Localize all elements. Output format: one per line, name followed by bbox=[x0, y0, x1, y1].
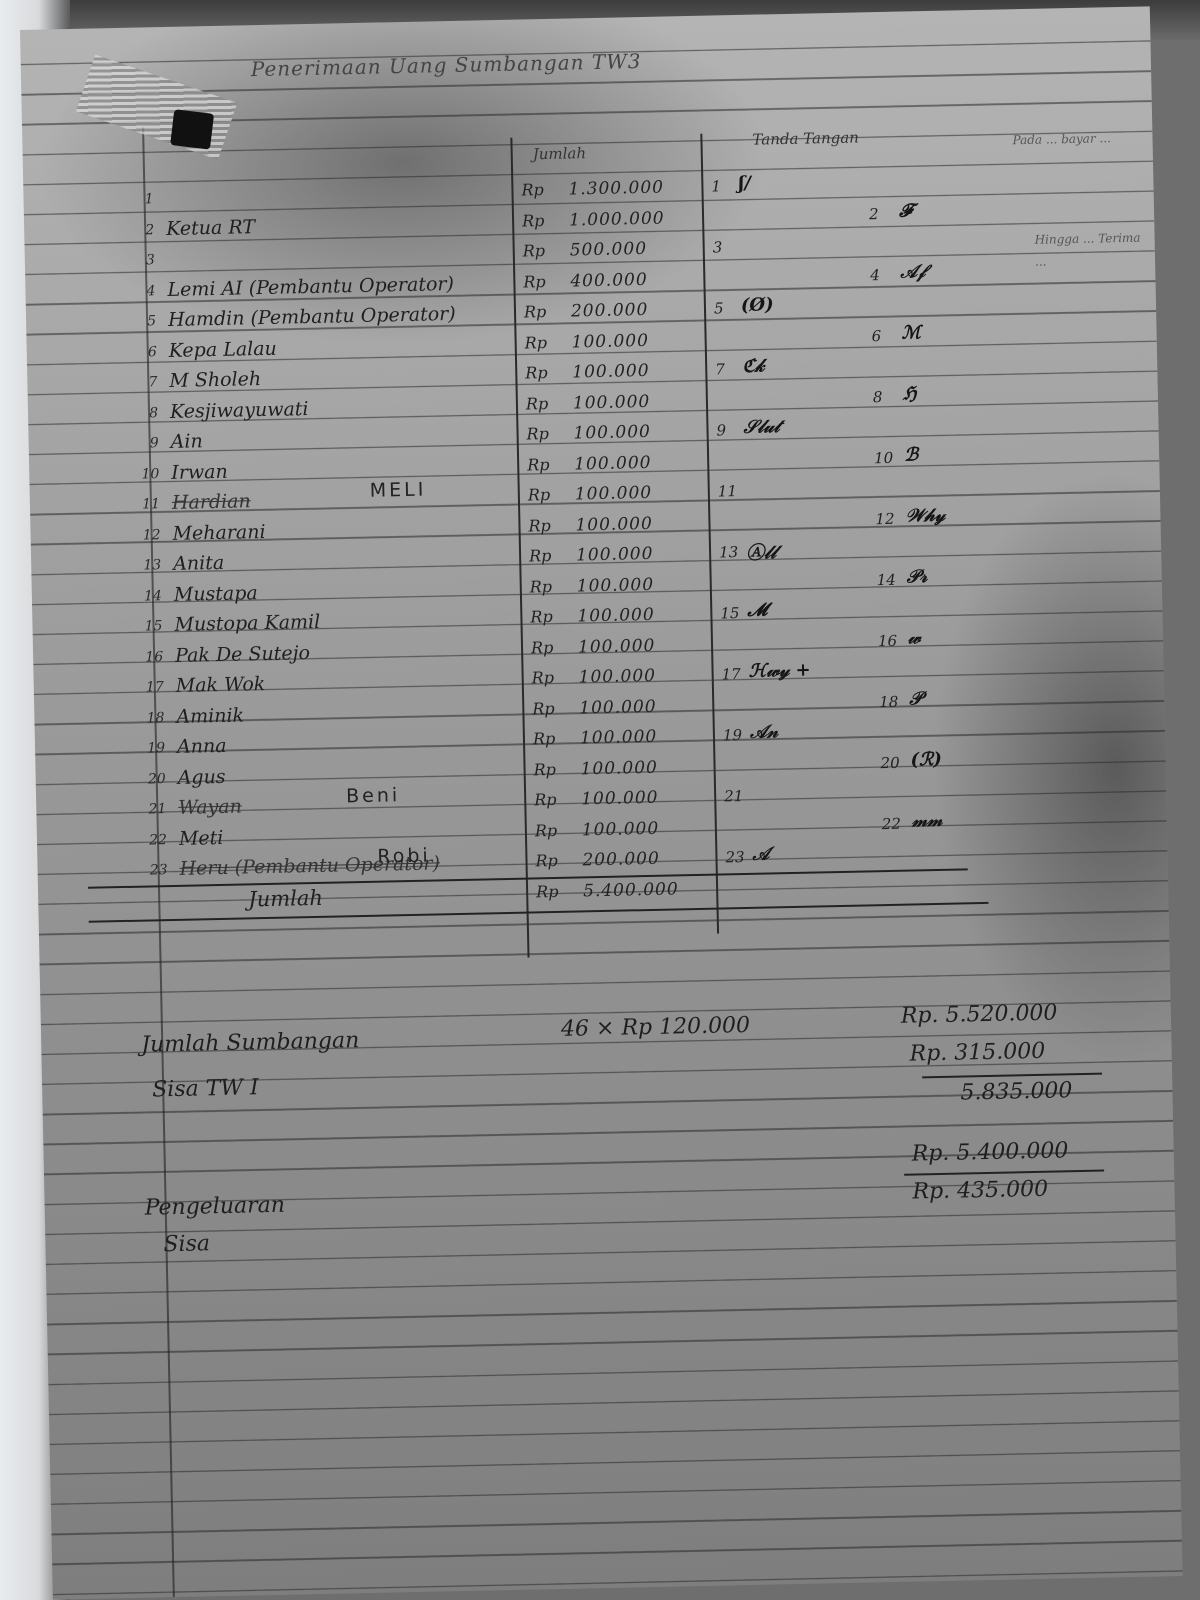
amount: 100.000 bbox=[578, 665, 708, 688]
amount: 1.300.000 bbox=[568, 177, 698, 200]
signature: ℳ bbox=[901, 322, 921, 343]
amount: 100.000 bbox=[576, 543, 706, 566]
contributor-name: Ketua RT bbox=[166, 216, 255, 240]
currency-label: Rp bbox=[524, 302, 547, 321]
total-amount: 5.400.000 bbox=[583, 878, 713, 901]
currency-label: Rp bbox=[536, 881, 559, 900]
column-header-amount: Jumlah bbox=[533, 144, 587, 163]
currency-label: Rp bbox=[533, 759, 556, 778]
signature: ℋ𝓌𝓎 + bbox=[748, 660, 811, 682]
signature-number: 14 bbox=[877, 570, 896, 588]
balance-label: Sisa bbox=[163, 1231, 210, 1257]
currency-label: Rp bbox=[526, 394, 549, 413]
contributor-name: Anna bbox=[177, 735, 227, 758]
row-number: 22 bbox=[127, 832, 167, 849]
amount: 100.000 bbox=[578, 634, 708, 657]
signature-number: 4 bbox=[870, 266, 880, 284]
row-number: 6 bbox=[117, 344, 157, 361]
signature-number: 15 bbox=[720, 604, 739, 622]
amount: 100.000 bbox=[571, 329, 701, 352]
contributor-name: Aminik bbox=[176, 704, 244, 727]
amount: 200.000 bbox=[582, 848, 712, 871]
ledger-page: Penerimaan Uang Sumbangan TW3 Jumlah Tan… bbox=[20, 6, 1183, 1599]
row-number: 14 bbox=[122, 588, 162, 605]
ledger-table: Jumlah Tanda Tangan 1Rp1.300.0001ʃ/ 2Ket… bbox=[112, 128, 952, 146]
currency-label: Rp bbox=[531, 668, 554, 687]
signature: 𝓜 bbox=[747, 599, 768, 620]
currency-label: Rp bbox=[530, 576, 553, 595]
row-number: 5 bbox=[116, 313, 156, 330]
expense-label: Pengeluaran bbox=[144, 1193, 285, 1221]
signature: 𝓕 bbox=[899, 200, 913, 221]
balance-line bbox=[904, 1170, 1104, 1176]
row-number: 16 bbox=[123, 649, 163, 666]
column-header-signature: Tanda Tangan bbox=[752, 128, 859, 148]
name-correction: Beni bbox=[346, 784, 400, 807]
contributor-name: Meharani bbox=[172, 520, 265, 544]
currency-label: Rp bbox=[524, 333, 547, 352]
signature-number: 7 bbox=[715, 360, 725, 378]
amount: 100.000 bbox=[574, 451, 704, 474]
row-number: 10 bbox=[119, 466, 159, 483]
row-number: 1 bbox=[113, 191, 153, 208]
amount: 100.000 bbox=[573, 421, 703, 444]
row-number: 21 bbox=[126, 801, 166, 818]
contributor-name: Kesjiwayuwati bbox=[170, 398, 309, 423]
remaining-value: Rp. 315.000 bbox=[909, 1039, 1045, 1067]
signature-number: 13 bbox=[719, 543, 738, 561]
currency-label: Rp bbox=[525, 363, 548, 382]
row-number: 15 bbox=[122, 618, 162, 635]
amount: 100.000 bbox=[580, 756, 710, 779]
page-title: Penerimaan Uang Sumbangan TW3 bbox=[251, 49, 642, 81]
contributor-name: Anita bbox=[173, 552, 224, 575]
row-number: 19 bbox=[125, 740, 165, 757]
contributor-name: Mustopa Kamil bbox=[174, 611, 320, 636]
amount: 100.000 bbox=[572, 360, 702, 383]
currency-label: Rp bbox=[522, 211, 545, 230]
amount: 100.000 bbox=[582, 817, 712, 840]
row-number: 11 bbox=[120, 496, 160, 513]
row-number: 8 bbox=[118, 405, 158, 422]
row-number: 20 bbox=[126, 771, 166, 788]
signature-number: 8 bbox=[873, 388, 883, 406]
contributor-name: Meti bbox=[179, 826, 224, 849]
currency-label: Rp bbox=[534, 790, 557, 809]
amount: 100.000 bbox=[573, 390, 703, 413]
signature: 𝒫 bbox=[909, 688, 922, 709]
signature: 𝒫𝓇 bbox=[906, 566, 927, 587]
signature: ℌ bbox=[903, 383, 917, 404]
currency-label: Rp bbox=[532, 698, 555, 717]
amount: 1.000.000 bbox=[569, 207, 699, 230]
signature: 𝒜 bbox=[752, 843, 769, 864]
signature-number: 23 bbox=[725, 848, 744, 866]
signature: 𝓌 bbox=[908, 627, 921, 648]
signature-number: 16 bbox=[878, 631, 897, 649]
subtotal-value: 5.835.000 bbox=[960, 1078, 1072, 1105]
contributor-name: Hamdin (Pembantu Operator) bbox=[168, 303, 456, 331]
signature-number: 3 bbox=[713, 238, 723, 256]
currency-label: Rp bbox=[528, 515, 551, 534]
signature: (Ø) bbox=[741, 294, 774, 316]
remaining-label: Sisa TW I bbox=[152, 1075, 259, 1102]
binder-clip bbox=[170, 109, 214, 149]
currency-label: Rp bbox=[523, 241, 546, 260]
contributor-name: Pak De Sutejo bbox=[175, 642, 310, 667]
total-label: Jumlah bbox=[248, 885, 323, 911]
contributor-name: Ain bbox=[170, 430, 203, 453]
row-number: 23 bbox=[127, 862, 167, 879]
amount: 400.000 bbox=[570, 268, 700, 291]
pen-decoration bbox=[76, 55, 237, 160]
currency-label: Rp bbox=[529, 546, 552, 565]
amount: 100.000 bbox=[580, 726, 710, 749]
row-number: 2 bbox=[114, 222, 154, 239]
signature: 𝒮𝓁𝓊𝓉 bbox=[743, 416, 780, 438]
amount: 100.000 bbox=[579, 695, 709, 718]
signature: 𝒜𝒻 bbox=[900, 261, 925, 283]
row-number: 17 bbox=[124, 679, 164, 696]
signature-number: 6 bbox=[871, 327, 881, 345]
contributions-value: Rp. 5.520.000 bbox=[901, 1000, 1058, 1028]
name-correction: Robi bbox=[377, 845, 431, 868]
signature-number: 19 bbox=[723, 726, 742, 744]
side-note-2: Hingga ... Terima ... bbox=[1034, 226, 1155, 273]
name-correction: MELI bbox=[369, 479, 426, 502]
contributor-name: Lemi AI (Pembantu Operator) bbox=[167, 272, 454, 300]
contributor-name: Hardian bbox=[172, 490, 251, 514]
currency-label: Rp bbox=[527, 455, 550, 474]
row-number: 18 bbox=[124, 710, 164, 727]
amount: 100.000 bbox=[575, 512, 705, 535]
signature: 𝒜𝓃 bbox=[750, 721, 779, 743]
contributor-name: Mak Wok bbox=[176, 673, 266, 697]
signature-number: 5 bbox=[714, 299, 724, 317]
currency-label: Rp bbox=[535, 851, 558, 870]
signature: Ⓐ𝓁𝓁 bbox=[746, 538, 776, 565]
signature-number: 11 bbox=[718, 482, 737, 500]
signature: ℬ bbox=[904, 444, 919, 465]
contributor-name: Kepa Lalau bbox=[169, 337, 277, 361]
currency-label: Rp bbox=[531, 637, 554, 656]
signature-number: 18 bbox=[879, 692, 898, 710]
currency-label: Rp bbox=[530, 607, 553, 626]
contributor-name: Mustapa bbox=[174, 582, 258, 606]
currency-label: Rp bbox=[528, 485, 551, 504]
amount: 200.000 bbox=[571, 299, 701, 322]
signature-number: 1 bbox=[711, 177, 721, 195]
row-number: 9 bbox=[119, 435, 159, 452]
row-number: 7 bbox=[117, 374, 157, 391]
signature: 𝒲𝒽𝓎 bbox=[905, 504, 945, 526]
contributor-name: M Sholeh bbox=[169, 368, 261, 392]
subtotal-line bbox=[922, 1073, 1102, 1079]
currency-label: Rp bbox=[523, 272, 546, 291]
contributor-name: Wayan bbox=[178, 796, 242, 819]
signature-number: 21 bbox=[724, 787, 743, 805]
amount: 500.000 bbox=[570, 238, 700, 261]
signature: ʃ/ bbox=[738, 173, 751, 194]
row-number: 3 bbox=[115, 252, 155, 269]
contributions-label: Jumlah Sumbangan bbox=[141, 1028, 359, 1058]
signature-number: 20 bbox=[880, 753, 899, 771]
signature-number: 12 bbox=[875, 509, 894, 527]
currency-label: Rp bbox=[521, 180, 544, 199]
currency-label: Rp bbox=[535, 820, 558, 839]
amount: 100.000 bbox=[581, 787, 711, 810]
signature-number: 10 bbox=[874, 448, 893, 466]
row-number: 4 bbox=[115, 283, 155, 300]
currency-label: Rp bbox=[533, 729, 556, 748]
signature-number: 17 bbox=[721, 665, 740, 683]
expense-value: Rp. 5.400.000 bbox=[911, 1138, 1068, 1166]
amount: 100.000 bbox=[575, 482, 705, 505]
signature: (ℛ) bbox=[910, 748, 942, 770]
row-number: 12 bbox=[120, 527, 160, 544]
amount: 100.000 bbox=[577, 573, 707, 596]
signature: ℭ𝓀 bbox=[742, 355, 765, 376]
contributions-formula: 46 × Rp 120.000 bbox=[561, 1013, 751, 1042]
signature: 𝓂𝓂 bbox=[912, 809, 943, 831]
signature-number: 9 bbox=[716, 421, 726, 439]
contributor-name: Agus bbox=[177, 765, 225, 788]
amount: 100.000 bbox=[577, 604, 707, 627]
row-number: 13 bbox=[121, 557, 161, 574]
signature-number: 2 bbox=[869, 205, 879, 223]
contributor-name: Irwan bbox=[171, 460, 228, 483]
side-note-1: Pada ... bayar ... bbox=[1012, 126, 1152, 151]
currency-label: Rp bbox=[526, 424, 549, 443]
signature-number: 22 bbox=[882, 814, 901, 832]
balance-value: Rp. 435.000 bbox=[912, 1177, 1048, 1205]
